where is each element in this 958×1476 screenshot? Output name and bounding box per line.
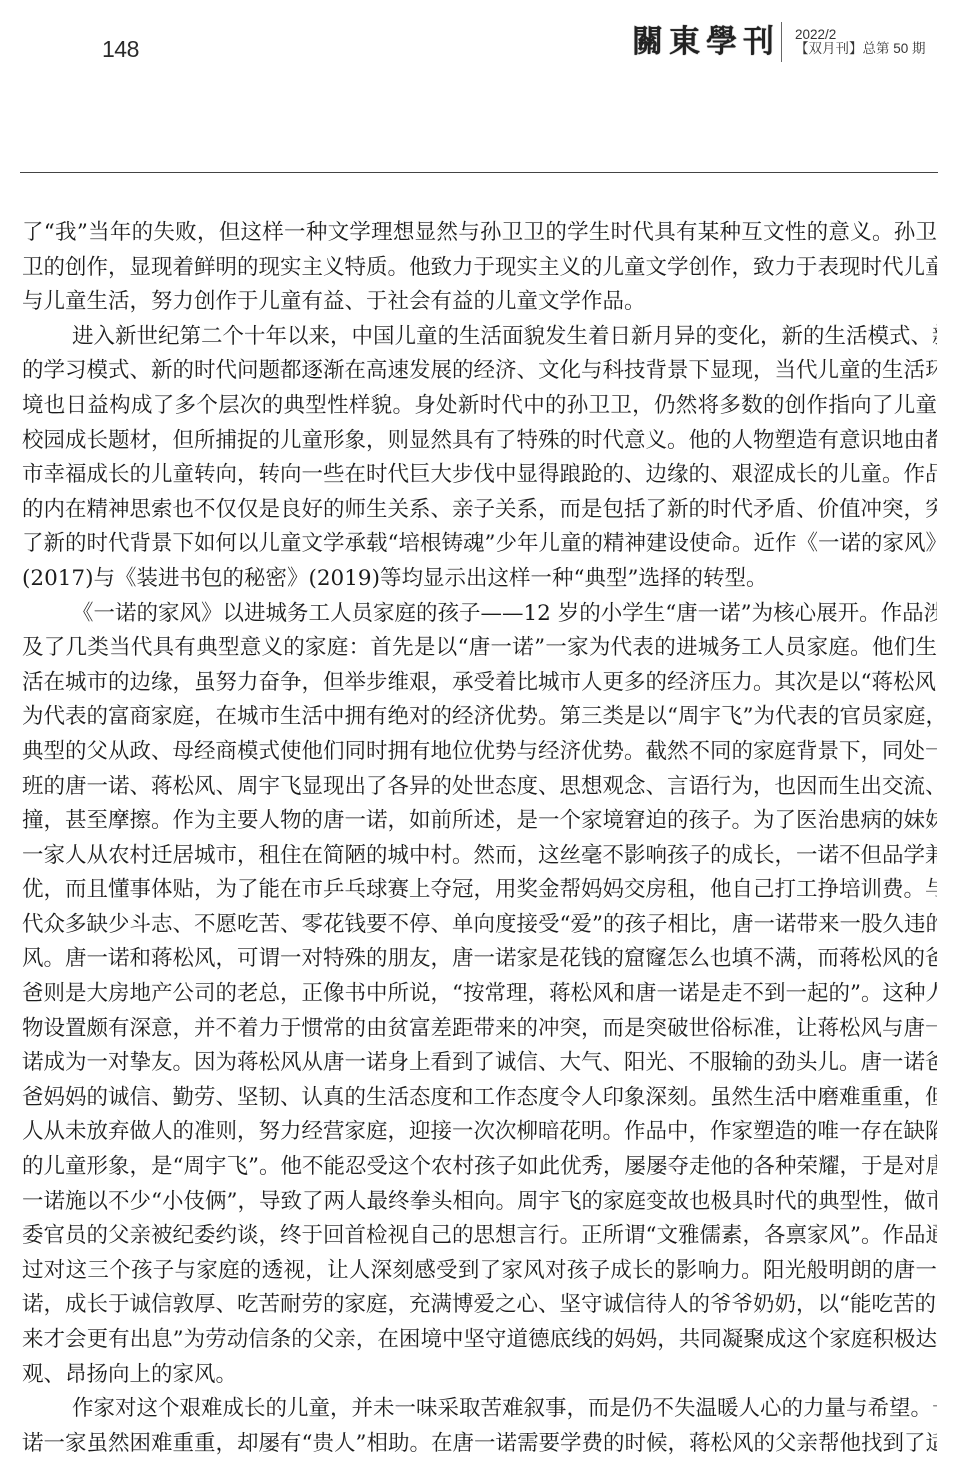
text-line: 爸则是大房地产公司的老总，正像书中所说，“按常理，蒋松风和唐一诺是走不到一起的”…	[22, 977, 937, 1012]
text-line: 诺一家虽然困难重重，却屡有“贵人”相助。在唐一诺需要学费的时候，蒋松风的父亲帮他…	[22, 1427, 937, 1462]
text-line: 优，而且懂事体贴，为了能在市乒乓球赛上夺冠，用奖金帮妈妈交房租，他自己打工挣培训…	[22, 873, 937, 908]
text-line: 人从未放弃做人的准则，努力经营家庭，迎接一次次柳暗花明。作品中，作家塑造的唯一存…	[22, 1115, 937, 1150]
text-line: 委官员的父亲被纪委约谈，终于回首检视自己的思想言行。正所谓“文雅儒素，各禀家风”…	[22, 1219, 937, 1254]
text-line: 作家对这个艰难成长的儿童，并未一味采取苦难叙事，而是仍不失温暖人心的力量与希望。…	[22, 1392, 937, 1427]
text-line: 的儿童形象，是“周宇飞”。他不能忍受这个农村孩子如此优秀，屡屡夺走他的各种荣耀，…	[22, 1150, 937, 1185]
issue-number: 【双月刊】总第 50 期	[795, 42, 926, 56]
text-line: 卫的创作，显现着鲜明的现实主义特质。他致力于现实主义的儿童文学创作，致力于表现时…	[22, 251, 937, 286]
text-line: 代众多缺少斗志、不愿吃苦、零花钱要不停、单向度接受“爱”的孩子相比，唐一诺带来一…	[22, 908, 937, 943]
text-line: 一诺施以不少“小伎俩”，导致了两人最终拳头相向。周宇飞的家庭变故也极具时代的典型…	[22, 1185, 937, 1220]
text-line: 来才会更有出息”为劳动信条的父亲，在困境中坚守道德底线的妈妈，共同凝聚成这个家庭…	[22, 1323, 937, 1358]
text-line: 撞，甚至摩擦。作为主要人物的唐一诺，如前所述，是一个家境窘迫的孩子。为了医治患病…	[22, 804, 937, 839]
page-number: 148	[102, 36, 139, 63]
text-line: 一家人从农村迁居城市，租住在简陋的城中村。然而，这丝毫不影响孩子的成长，一诺不但…	[22, 839, 937, 874]
text-line: 物设置颇有深意，并不着力于惯常的由贫富差距带来的冲突，而是突破世俗标准，让蒋松风…	[22, 1012, 937, 1047]
text-line: 观、昂扬向上的家风。	[22, 1358, 937, 1393]
text-line: 过对这三个孩子与家庭的透视，让人深刻感受到了家风对孩子成长的影响力。阳光般明朗的…	[22, 1254, 937, 1289]
text-line: 及了几类当代具有典型意义的家庭：首先是以“唐一诺”一家为代表的进城务工人员家庭。…	[22, 631, 937, 666]
article-body: 了“我”当年的失败，但这样一种文学理想显然与孙卫卫的学生时代具有某种互文性的意义…	[22, 216, 937, 1461]
text-line: 《一诺的家风》以进城务工人员家庭的孩子——12 岁的小学生“唐一诺”为核心展开。…	[22, 597, 937, 632]
text-line: 爸妈妈的诚信、勤劳、坚韧、认真的生活态度和工作态度令人印象深刻。虽然生活中磨难重…	[22, 1081, 937, 1116]
text-line: 风。唐一诺和蒋松风，可谓一对特殊的朋友，唐一诺家是花钱的窟窿怎么也填不满，而蒋松…	[22, 942, 937, 977]
text-line: 了“我”当年的失败，但这样一种文学理想显然与孙卫卫的学生时代具有某种互文性的意义…	[22, 216, 937, 251]
text-line: 市幸福成长的儿童转向，转向一些在时代巨大步伐中显得踉跄的、边缘的、艰涩成长的儿童…	[22, 458, 937, 493]
text-line: 了新的时代背景下如何以儿童文学承载“培根铸魂”少年儿童的精神建设使命。近作《一诺…	[22, 527, 937, 562]
text-line: 进入新世纪第二个十年以来，中国儿童的生活面貌发生着日新月异的变化，新的生活模式、…	[22, 320, 937, 355]
text-line: 诺，成长于诚信敦厚、吃苦耐劳的家庭，充满博爱之心、坚守诚信待人的爷爷奶奶，以“能…	[22, 1288, 937, 1323]
text-line: 的内在精神思索也不仅仅是良好的师生关系、亲子关系，而是包括了新的时代矛盾、价值冲…	[22, 493, 937, 528]
text-line: 境也日益构成了多个层次的典型性样貌。身处新时代中的孙卫卫，仍然将多数的创作指向了…	[22, 389, 937, 424]
issue-info: 2022/2 【双月刊】总第 50 期	[795, 28, 926, 56]
text-line: 与儿童生活，努力创作于儿童有益、于社会有益的儿童文学作品。	[22, 285, 937, 320]
masthead-divider	[781, 22, 782, 62]
text-line: (2017)与《装进书包的秘密》(2019)等均显示出这样一种“典型”选择的转型…	[22, 562, 937, 597]
journal-masthead: 關東學刊 2022/2 【双月刊】总第 50 期	[632, 22, 768, 62]
text-line: 活在城市的边缘，虽努力奋争，但举步维艰，承受着比城市人更多的经济压力。其次是以“…	[22, 666, 937, 701]
header-rule	[20, 172, 938, 173]
text-line: 为代表的富商家庭，在城市生活中拥有绝对的经济优势。第三类是以“周宇飞”为代表的官…	[22, 700, 937, 735]
text-line: 诺成为一对挚友。因为蒋松风从唐一诺身上看到了诚信、大气、阳光、不服输的劲头儿。唐…	[22, 1046, 937, 1081]
text-line: 典型的父从政、母经商模式使他们同时拥有地位优势与经济优势。截然不同的家庭背景下，…	[22, 735, 937, 770]
text-line: 校园成长题材，但所捕捉的儿童形象，则显然具有了特殊的时代意义。他的人物塑造有意识…	[22, 424, 937, 459]
text-line: 班的唐一诺、蒋松风、周宇飞显现出了各异的处世态度、思想观念、言语行为，也因而生出…	[22, 770, 937, 805]
text-line: 的学习模式、新的时代问题都逐渐在高速发展的经济、文化与科技背景下显现，当代儿童的…	[22, 354, 937, 389]
issue-date: 2022/2	[795, 28, 926, 42]
journal-logo: 關東學刊	[632, 22, 768, 62]
